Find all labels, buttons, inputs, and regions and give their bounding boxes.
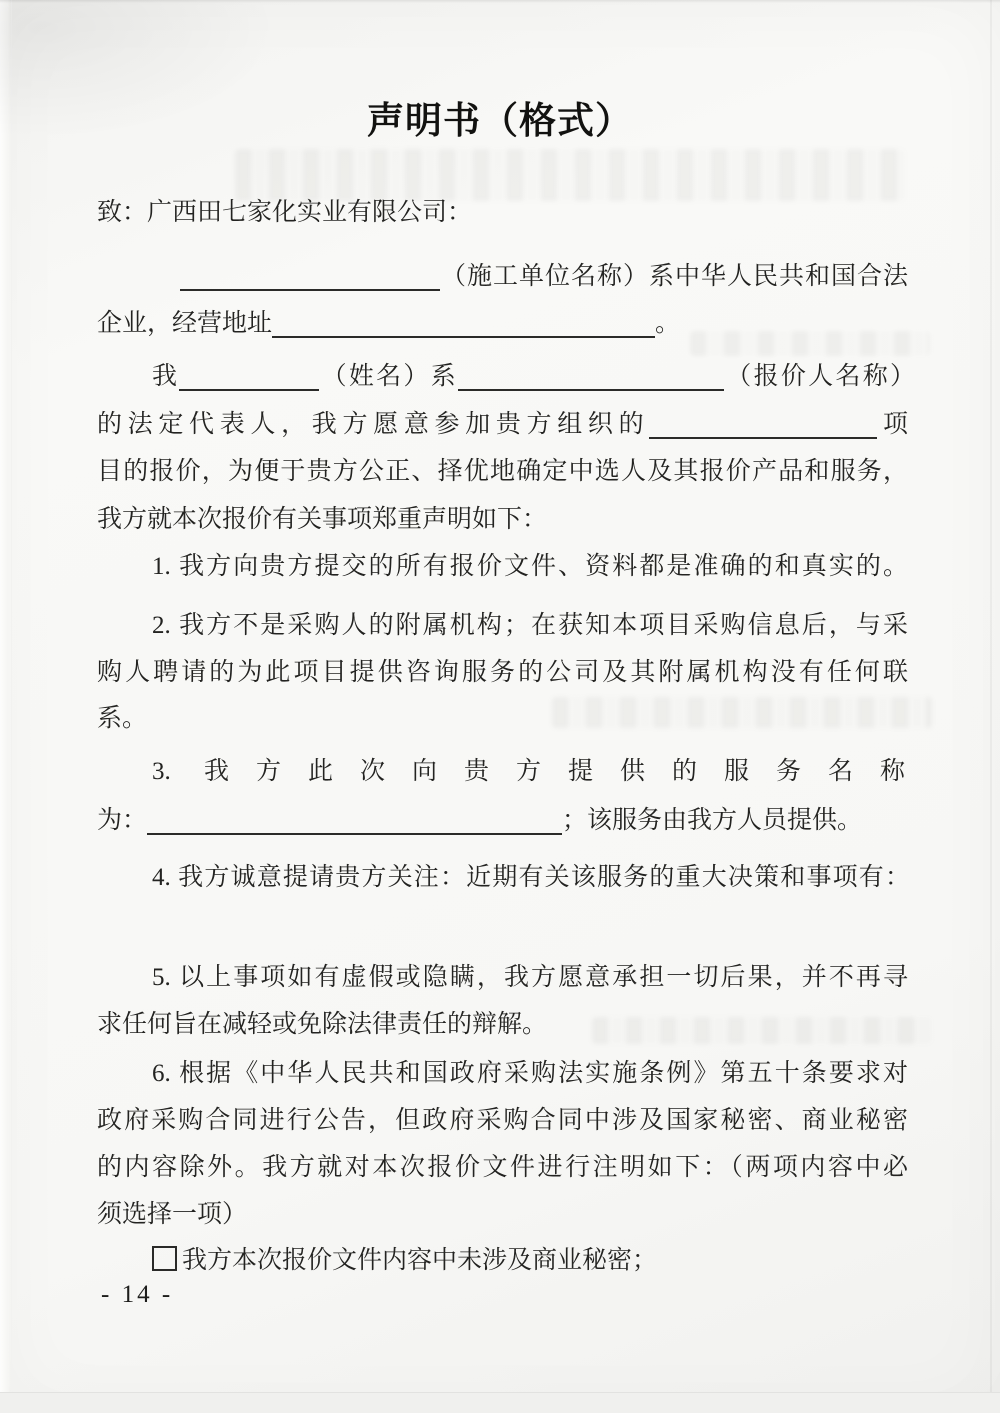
text-segment: 政府采购合同进行公告，但政府采购合同中涉及国家秘密、商业秘密	[97, 1107, 908, 1134]
document-line: 的法定代表人，我方愿意参加贵方组织的项	[97, 408, 908, 441]
text-segment: 我方就本次报价有关事项郑重声明如下：	[97, 506, 547, 533]
document-body: 致：广西田七家化实业有限公司：（施工单位名称）系中华人民共和国合法企业，经营地址…	[0, 0, 1000, 1413]
text-segment: 的内容除外。我方就对本次报价文件进行注明如下：（两项内容中必	[97, 1154, 908, 1181]
fill-in-blank-line	[272, 322, 655, 338]
text-segment: 我方本次报价文件内容中未涉及商业秘密；	[182, 1247, 657, 1274]
text-segment: 系。	[97, 705, 147, 732]
document-line: 购人聘请的为此项目提供咨询服务的公司及其附属机构没有任何联	[97, 656, 908, 689]
document-line: 的内容除外。我方就对本次报价文件进行注明如下：（两项内容中必	[97, 1151, 908, 1184]
document-line: 6. 根据《中华人民共和国政府采购法实施条例》第五十条要求对	[152, 1057, 908, 1090]
text-segment: 。	[655, 310, 680, 337]
document-line: 求任何旨在减轻或免除法律责任的辩解。	[97, 1008, 547, 1041]
text-segment: （姓名）系	[319, 363, 458, 390]
document-line: 我方就本次报价有关事项郑重声明如下：	[97, 503, 547, 536]
scanned-document-page: 声明书（格式） 致：广西田七家化实业有限公司：（施工单位名称）系中华人民共和国合…	[0, 0, 1000, 1413]
document-line: 4. 我方诚意提请贵方关注：近期有关该服务的重大决策和事项有：	[152, 861, 910, 894]
text-segment: 6. 根据《中华人民共和国政府采购法实施条例》第五十条要求对	[152, 1060, 908, 1087]
text-segment: 5. 以上事项如有虚假或隐瞒，我方愿意承担一切后果，并不再寻	[152, 964, 908, 991]
text-segment: ；该服务由我方人员提供。	[562, 807, 862, 834]
document-line: 3. 我方此次向贵方提供的服务名称	[152, 755, 905, 788]
document-line: 系。	[97, 702, 147, 735]
text-segment: 求任何旨在减轻或免除法律责任的辩解。	[97, 1011, 547, 1038]
document-line: 我方本次报价文件内容中未涉及商业秘密；	[152, 1244, 657, 1277]
text-segment: 我	[152, 363, 179, 390]
text-segment: （报价人名称）	[724, 363, 915, 390]
fill-in-blank-line	[649, 423, 877, 439]
text-segment: 企业，经营地址	[97, 310, 272, 337]
fill-in-blank-line	[458, 375, 724, 391]
text-segment: 为：	[97, 807, 147, 834]
text-segment: 2. 我方不是采购人的附属机构；在获知本项目采购信息后，与采	[152, 612, 908, 639]
page-number: - 14 -	[101, 1281, 173, 1309]
text-segment: 3. 我方此次向贵方提供的服务名称	[152, 758, 905, 785]
document-line: 政府采购合同进行公告，但政府采购合同中涉及国家秘密、商业秘密	[97, 1104, 908, 1137]
text-segment: 的法定代表人，我方愿意参加贵方组织的	[97, 411, 649, 438]
text-segment: 1. 我方向贵方提交的所有报价文件、资料都是准确的和真实的。	[152, 553, 908, 580]
text-segment: 购人聘请的为此项目提供咨询服务的公司及其附属机构没有任何联	[97, 659, 908, 686]
text-segment: 4. 我方诚意提请贵方关注：近期有关该服务的重大决策和事项有：	[152, 864, 910, 891]
text-segment: 须选择一项）	[97, 1201, 247, 1228]
text-segment: 目的报价，为便于贵方公正、择优地确定中选人及其报价产品和服务，	[97, 458, 908, 485]
document-line: 目的报价，为便于贵方公正、择优地确定中选人及其报价产品和服务，	[97, 455, 908, 488]
fill-in-blank-line	[180, 275, 440, 291]
fill-in-blank-line	[147, 819, 562, 835]
document-line: 1. 我方向贵方提交的所有报价文件、资料都是准确的和真实的。	[152, 550, 908, 583]
text-segment: （施工单位名称）系中华人民共和国合法	[440, 263, 908, 290]
text-segment: 致：广西田七家化实业有限公司：	[97, 199, 472, 226]
document-line: 5. 以上事项如有虚假或隐瞒，我方愿意承担一切后果，并不再寻	[152, 961, 908, 994]
document-line: 致：广西田七家化实业有限公司：	[97, 196, 472, 229]
document-line: （施工单位名称）系中华人民共和国合法	[180, 260, 908, 293]
document-line: 我（姓名）系（报价人名称）	[152, 360, 915, 393]
document-line: 为：；该服务由我方人员提供。	[97, 804, 862, 837]
checkbox-icon	[152, 1246, 177, 1271]
document-line: 企业，经营地址。	[97, 307, 680, 340]
text-segment: 项	[877, 411, 908, 438]
document-line: 2. 我方不是采购人的附属机构；在获知本项目采购信息后，与采	[152, 609, 908, 642]
document-line: 须选择一项）	[97, 1198, 247, 1231]
fill-in-blank-line	[179, 375, 319, 391]
